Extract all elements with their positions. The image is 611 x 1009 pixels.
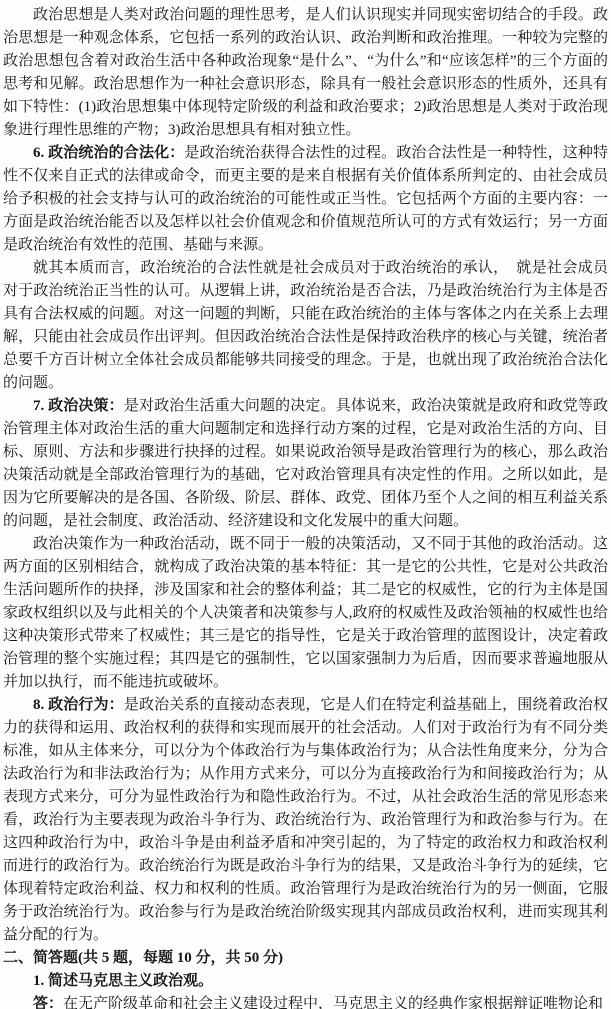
paragraph-legitimacy-essence: 就其本质而言，政治统治的合法性就是社会成员对于政治统治的承认， 就是社会成员对于… xyxy=(3,257,608,395)
term-6-label: 6. 政治统治的合法化： xyxy=(33,145,184,161)
paragraph-decision-features: 政治决策作为一种政治活动，既不同于一般的决策活动，又不同于其他的政治活动。这两方… xyxy=(3,533,608,694)
definition-8-behavior: 8. 政治行为：是政治关系的直接动态表现，它是人们在特定利益基础上，围绕着政治权… xyxy=(3,694,608,947)
answer-text: 在无产阶级革命和社会主义建设过程中，马克思主义的经典作家根据辩证唯物论和 xyxy=(63,996,603,1009)
term-7-text: 是对政治生活重大问题的决定。具体说来，政治决策就是政府和政党等政治管理主体对政治… xyxy=(3,398,608,529)
term-7-label: 7. 政治决策： xyxy=(33,398,124,414)
question-1-title: 1. 简述马克思主义政治观。 xyxy=(3,970,608,993)
answer-label: 答： xyxy=(33,996,63,1009)
paragraph-text: 政治思想是人类对政治问题的理性思考，是人们认识现实并同现实密切结合的手段。政治思… xyxy=(3,7,608,138)
paragraph-political-thought: 政治思想是人类对政治问题的理性思考，是人们认识现实并同现实密切结合的手段。政治思… xyxy=(3,4,608,142)
paragraph-text: 政治决策作为一种政治活动，既不同于一般的决策活动，又不同于其他的政治活动。这两方… xyxy=(3,536,608,690)
term-8-text: 是政治关系的直接动态表现，它是人们在特定利益基础上，围绕着政治权力的获得和运用、… xyxy=(3,697,608,943)
term-6-text: 是政治统治获得合法性的过程。政治合法性是一种特性，这种特性不仅来自正式的法律或命… xyxy=(3,145,608,253)
section-2-heading: 二、简答题(共 5 题，每题 10 分，共 50 分) xyxy=(3,947,608,970)
document-page: 政治思想是人类对政治问题的理性思考，是人们认识现实并同现实密切结合的手段。政治思… xyxy=(0,0,611,1009)
paragraph-text: 就其本质而言，政治统治的合法性就是社会成员对于政治统治的承认， 就是社会成员对于… xyxy=(3,260,608,391)
definition-6-legitimation: 6. 政治统治的合法化：是政治统治获得合法性的过程。政治合法性是一种特性，这种特… xyxy=(3,142,608,257)
definition-7-decision: 7. 政治决策：是对政治生活重大问题的决定。具体说来，政治决策就是政府和政党等政… xyxy=(3,395,608,533)
term-8-label: 8. 政治行为： xyxy=(33,697,124,713)
answer-1-paragraph: 答：在无产阶级革命和社会主义建设过程中，马克思主义的经典作家根据辩证唯物论和 xyxy=(3,993,608,1009)
